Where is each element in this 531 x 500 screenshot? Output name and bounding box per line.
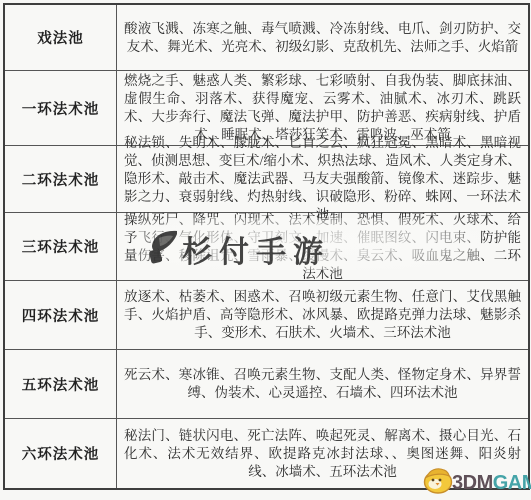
- spell-list-cell: 放逐术、枯萎术、困惑术、召唤初级元素生物、任意门、艾伐黑触手、火焰护盾、高等隐形…: [117, 281, 528, 349]
- spell-list-cell: 秘法锁、失明术、朦胧术、匕首之云、疯狂冠冕、黑暗术、黑暗视觉、侦测思想、变巨术/…: [117, 146, 528, 212]
- table-row: 四环法术池 放逐术、枯萎术、困惑术、召唤初级元素生物、任意门、艾伐黑触手、火焰护…: [5, 280, 528, 349]
- spell-tier-label: 四环法术池: [5, 281, 117, 349]
- 3dm-mascot-chick-icon: [423, 465, 455, 500]
- spell-tier-label: 五环法术池: [5, 350, 117, 418]
- screenshot-root: 戏法池 酸液飞溅、冻寒之触、毒气喷溅、冷冻射线、电爪、剑刃防护、交友术、舞光术、…: [0, 0, 531, 500]
- logo-text-game: GAME: [493, 472, 531, 495]
- watermark-hand-logo-icon: [144, 228, 180, 271]
- table-row: 戏法池 酸液飞溅、冻寒之触、毒气喷溅、冷冻射线、电爪、剑刃防护、交友术、舞光术、…: [5, 5, 528, 70]
- table-row: 二环法术池 秘法锁、失明术、朦胧术、匕首之云、疯狂冠冕、黑暗术、黑暗视觉、侦测思…: [5, 145, 528, 212]
- table-row: 五环法术池 死云术、寒冰锥、召唤元素生物、支配人类、怪物定身术、异界誓缚、伪装术…: [5, 349, 528, 418]
- spell-list: 死云术、寒冰锥、召唤元素生物、支配人类、怪物定身术、异界誓缚、伪装术、心灵遥控、…: [124, 366, 521, 402]
- spell-tier-label: 一环法术池: [5, 71, 117, 145]
- spell-list-cell: 死云术、寒冰锥、召唤元素生物、支配人类、怪物定身术、异界誓缚、伪装术、心灵遥控、…: [117, 350, 528, 418]
- watermark-text: 杉付手游: [182, 227, 330, 271]
- spell-list-cell: 酸液飞溅、冻寒之触、毒气喷溅、冷冻射线、电爪、剑刃防护、交友术、舞光术、光亮术、…: [117, 5, 528, 70]
- logo-text-3dm: 3DM: [452, 472, 493, 495]
- spell-tier-label: 六环法术池: [5, 419, 117, 488]
- spell-tier-label: 三环法术池: [5, 213, 117, 280]
- spell-tier-label: 二环法术池: [5, 146, 117, 212]
- spell-list: 放逐术、枯萎术、困惑术、召唤初级元素生物、任意门、艾伐黑触手、火焰护盾、高等隐形…: [124, 288, 521, 342]
- spell-list: 酸液飞溅、冻寒之触、毒气喷溅、冷冻射线、电爪、剑刃防护、交友术、舞光术、光亮术、…: [124, 20, 521, 56]
- watermark: 杉付手游: [144, 227, 330, 271]
- spell-tier-label: 戏法池: [5, 5, 117, 70]
- 3dmgame-logo: 3DMGAME: [423, 465, 531, 500]
